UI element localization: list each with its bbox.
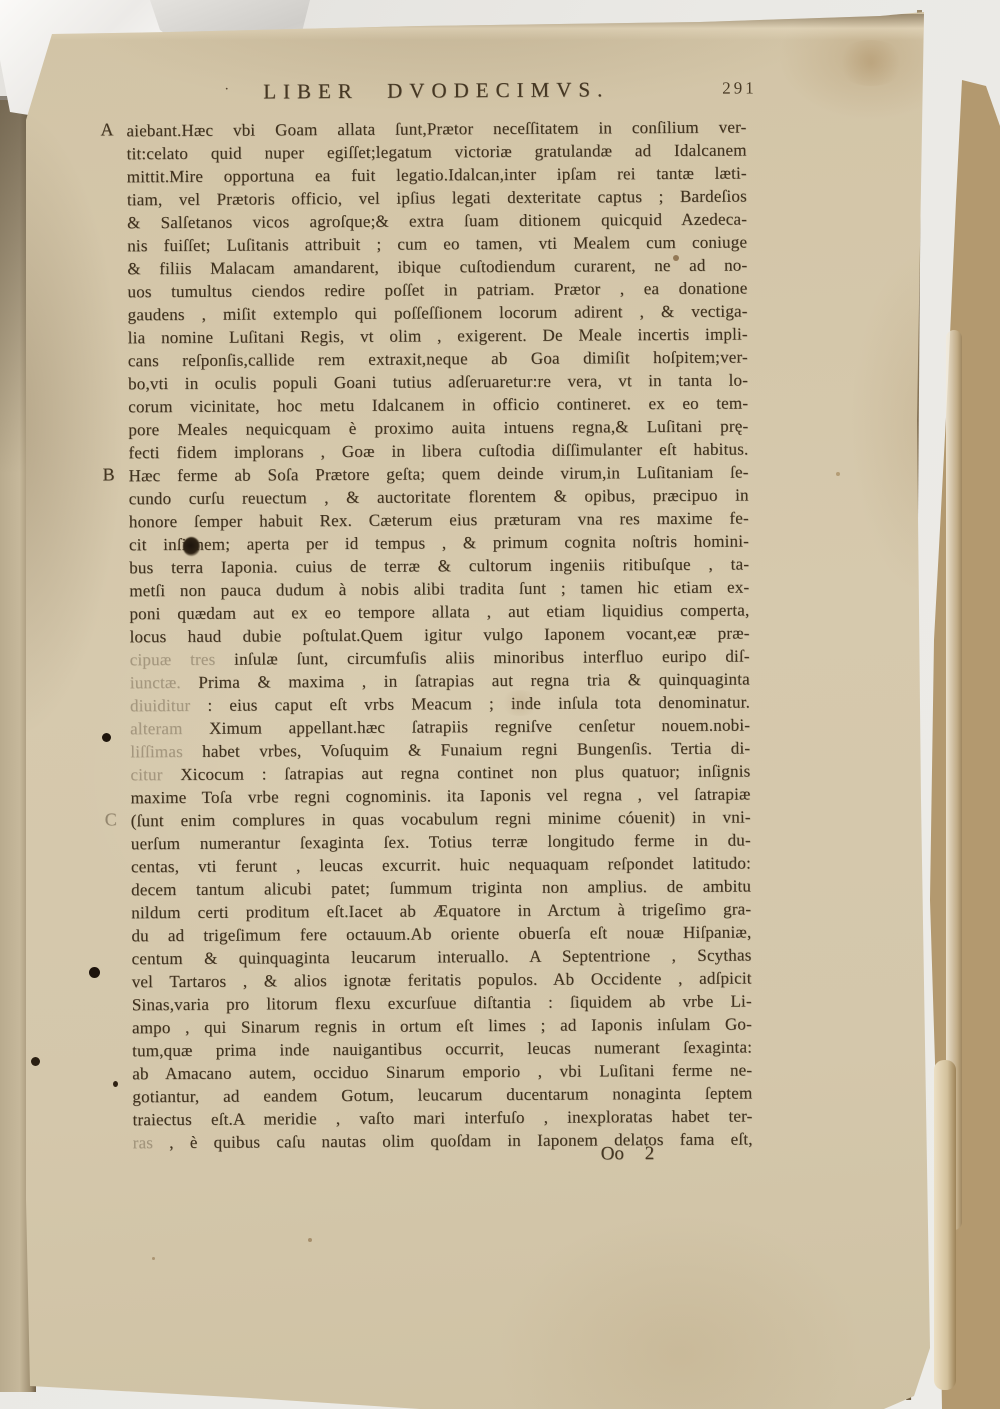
book-photo: · LIBER DVODECIMVS. 291 aiebant.Hæc vbi …	[0, 0, 1000, 1409]
foxing-speck	[152, 1257, 155, 1260]
ink-spot	[113, 1081, 118, 1087]
gutter-shadow	[0, 96, 30, 516]
ink-blot	[183, 537, 200, 556]
ink-spot	[31, 1057, 40, 1066]
ink-spot	[89, 967, 100, 978]
foxing-speck	[836, 472, 840, 476]
foxing-speck	[308, 1238, 312, 1242]
margin-letter-B: B	[103, 464, 127, 485]
paper-stain	[500, 690, 540, 716]
margin-letter-A: A	[100, 119, 124, 140]
foxing-speck	[673, 255, 679, 261]
page-number: 291	[722, 78, 757, 98]
page-title: LIBER DVODECIMVS.	[126, 76, 746, 105]
body-line: ras , è quibus caſu nautas olim quoſdam …	[133, 1127, 753, 1154]
ink-spot	[102, 733, 111, 742]
margin-letter-C: C	[105, 809, 129, 830]
body-text: aiebant.Hæc vbi Goam allata ſunt,Prætor …	[126, 115, 752, 1154]
paper-stain	[836, 40, 906, 86]
fore-edge-pages	[934, 1060, 956, 1390]
running-header: · LIBER DVODECIMVS.	[126, 76, 746, 110]
book-page: · LIBER DVODECIMVS. 291 aiebant.Hæc vbi …	[0, 0, 1000, 1409]
signature-mark: Oo 2	[601, 1143, 655, 1165]
